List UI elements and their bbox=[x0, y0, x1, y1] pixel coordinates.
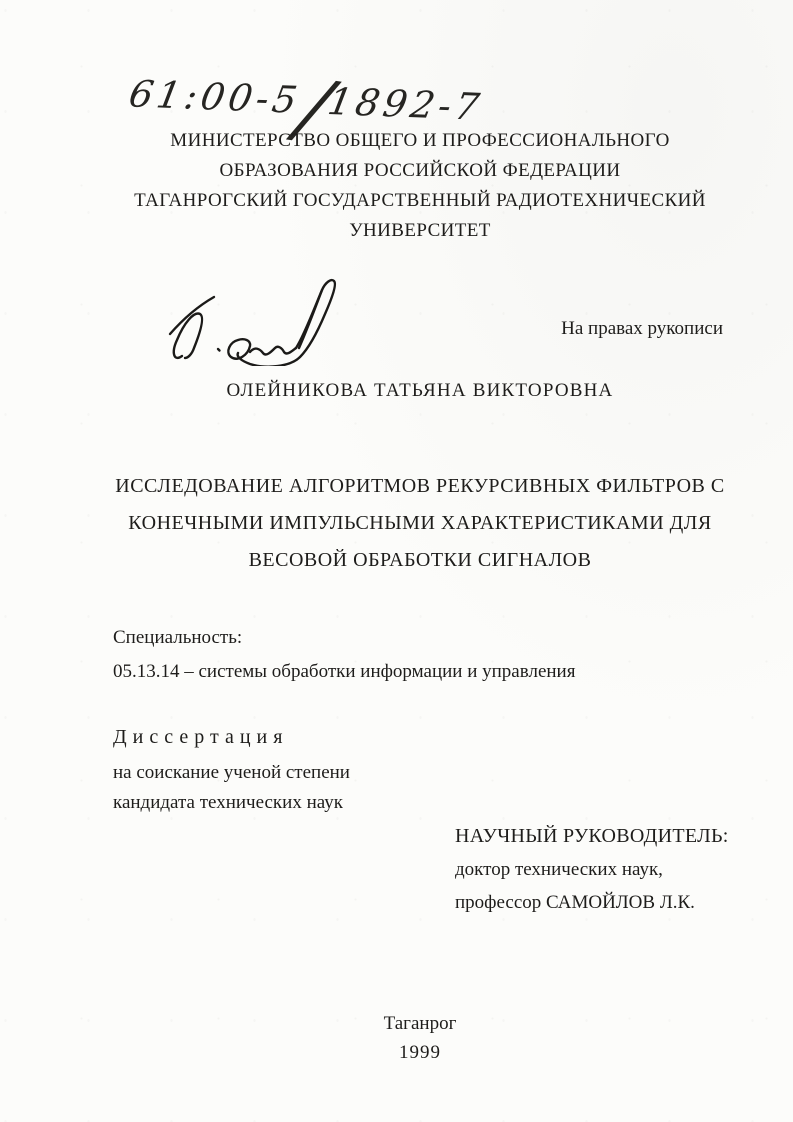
supervisor-name: профессор САМОЙЛОВ Л.К. bbox=[455, 886, 729, 919]
supervisor-degree: доктор технических наук, bbox=[455, 853, 729, 886]
ministry-line-3: ТАГАНРОГСКИЙ ГОСУДАРСТВЕННЫЙ РАДИОТЕХНИЧ… bbox=[47, 186, 793, 216]
title-line-1: ИССЛЕДОВАНИЕ АЛГОРИТМОВ РЕКУРСИВНЫХ ФИЛЬ… bbox=[47, 468, 793, 505]
imprint-year: 1999 bbox=[47, 1042, 793, 1064]
manuscript-rights-note: На правах рукописи bbox=[561, 318, 723, 340]
catalog-number-left: 61:00-5 bbox=[126, 72, 304, 121]
title-line-3: ВЕСОВОЙ ОБРАБОТКИ СИГНАЛОВ bbox=[47, 542, 793, 579]
catalog-number-right: 1892-7 bbox=[325, 80, 487, 129]
thesis-purpose-line: на соискание ученой степени bbox=[113, 762, 350, 784]
ministry-line-2: ОБРАЗОВАНИЯ РОССИЙСКОЙ ФЕДЕРАЦИИ bbox=[47, 156, 793, 186]
supervisor-heading: НАУЧНЫЙ РУКОВОДИТЕЛЬ: bbox=[455, 820, 729, 853]
imprint-city: Таганрог bbox=[47, 1013, 793, 1035]
ministry-line-4: УНИВЕРСИТЕТ bbox=[47, 216, 793, 246]
handwritten-signature-icon bbox=[158, 256, 348, 366]
dissertation-title: ИССЛЕДОВАНИЕ АЛГОРИТМОВ РЕКУРСИВНЫХ ФИЛЬ… bbox=[47, 468, 793, 579]
ministry-line-1: МИНИСТЕРСТВО ОБЩЕГО И ПРОФЕССИОНАЛЬНОГО bbox=[47, 126, 793, 156]
thesis-degree-line: кандидата технических наук bbox=[113, 792, 343, 814]
author-name: ОЛЕЙНИКОВА ТАТЬЯНА ВИКТОРОВНА bbox=[47, 380, 793, 402]
specialty-label: Специальность: bbox=[113, 627, 242, 649]
thesis-type: Диссертация bbox=[113, 726, 288, 749]
scanned-title-page: 61:00-5/1892-7 МИНИСТЕРСТВО ОБЩЕГО И ПРО… bbox=[0, 0, 793, 1122]
title-line-2: КОНЕЧНЫМИ ИМПУЛЬСНЫМИ ХАРАКТЕРИСТИКАМИ Д… bbox=[47, 505, 793, 542]
supervisor-block: НАУЧНЫЙ РУКОВОДИТЕЛЬ: доктор технических… bbox=[455, 820, 729, 919]
specialty-value: 05.13.14 – системы обработки информации … bbox=[113, 661, 575, 683]
ministry-header: МИНИСТЕРСТВО ОБЩЕГО И ПРОФЕССИОНАЛЬНОГО … bbox=[47, 126, 793, 246]
